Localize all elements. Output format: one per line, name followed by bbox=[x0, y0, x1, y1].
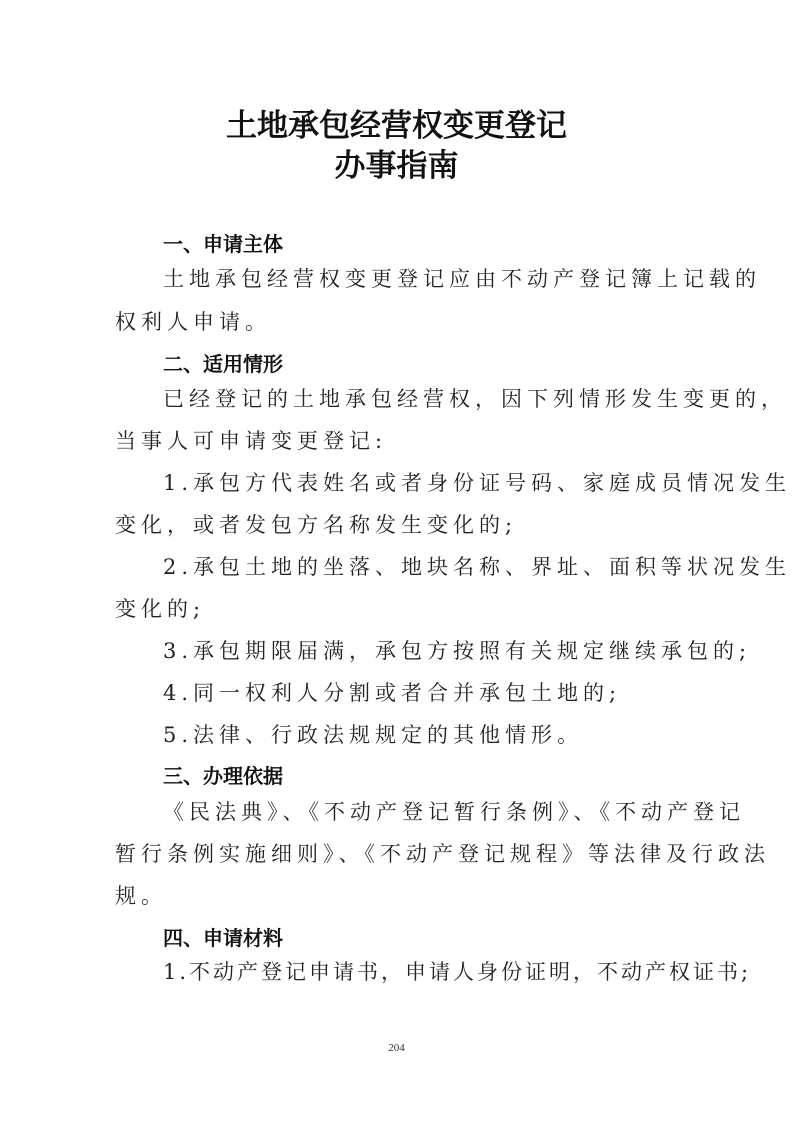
paragraph-line: 权利人申请。 bbox=[115, 306, 685, 336]
paragraph-line: 土地承包经营权变更登记应由不动产登记簿上记载的 bbox=[163, 263, 733, 293]
section-heading-legal-basis: 三、办理依据 bbox=[163, 760, 283, 789]
section-heading-materials: 四、申请材料 bbox=[163, 922, 283, 951]
list-item-continuation: 变化的; bbox=[115, 593, 685, 623]
paragraph-line: 已经登记的土地承包经营权，因下列情形发生变更的， bbox=[163, 383, 733, 413]
list-item: 3.承包期限届满，承包方按照有关规定继续承包的; bbox=[163, 635, 733, 665]
paragraph-line: 暂行条例实施细则》、《不动产登记规程》等法律及行政法 bbox=[115, 838, 685, 868]
list-item: 1.不动产登记申请书，申请人身份证明，不动产权证书; bbox=[163, 956, 733, 986]
section-heading-applicable-cases: 二、适用情形 bbox=[163, 348, 283, 377]
list-item: 2.承包土地的坐落、地块名称、界址、面积等状况发生 bbox=[163, 551, 733, 581]
document-subtitle: 办事指南 bbox=[0, 140, 793, 185]
paragraph-line: 规。 bbox=[115, 880, 685, 910]
document-page: 土地承包经营权变更登记 办事指南 一、申请主体 土地承包经营权变更登记应由不动产… bbox=[0, 0, 793, 1122]
list-item: 1.承包方代表姓名或者身份证号码、家庭成员情况发生 bbox=[163, 467, 733, 497]
page-number: 204 bbox=[0, 1042, 793, 1054]
list-item: 4.同一权利人分割或者合并承包土地的; bbox=[163, 677, 733, 707]
document-title: 土地承包经营权变更登记 bbox=[0, 100, 793, 145]
section-heading-applicant: 一、申请主体 bbox=[163, 228, 283, 257]
paragraph-line: 当事人可申请变更登记: bbox=[115, 425, 685, 455]
paragraph-line: 《民法典》、《不动产登记暂行条例》、《不动产登记 bbox=[163, 796, 733, 826]
list-item-continuation: 变化，或者发包方名称发生变化的; bbox=[115, 509, 685, 539]
list-item: 5.法律、行政法规规定的其他情形。 bbox=[163, 719, 733, 749]
